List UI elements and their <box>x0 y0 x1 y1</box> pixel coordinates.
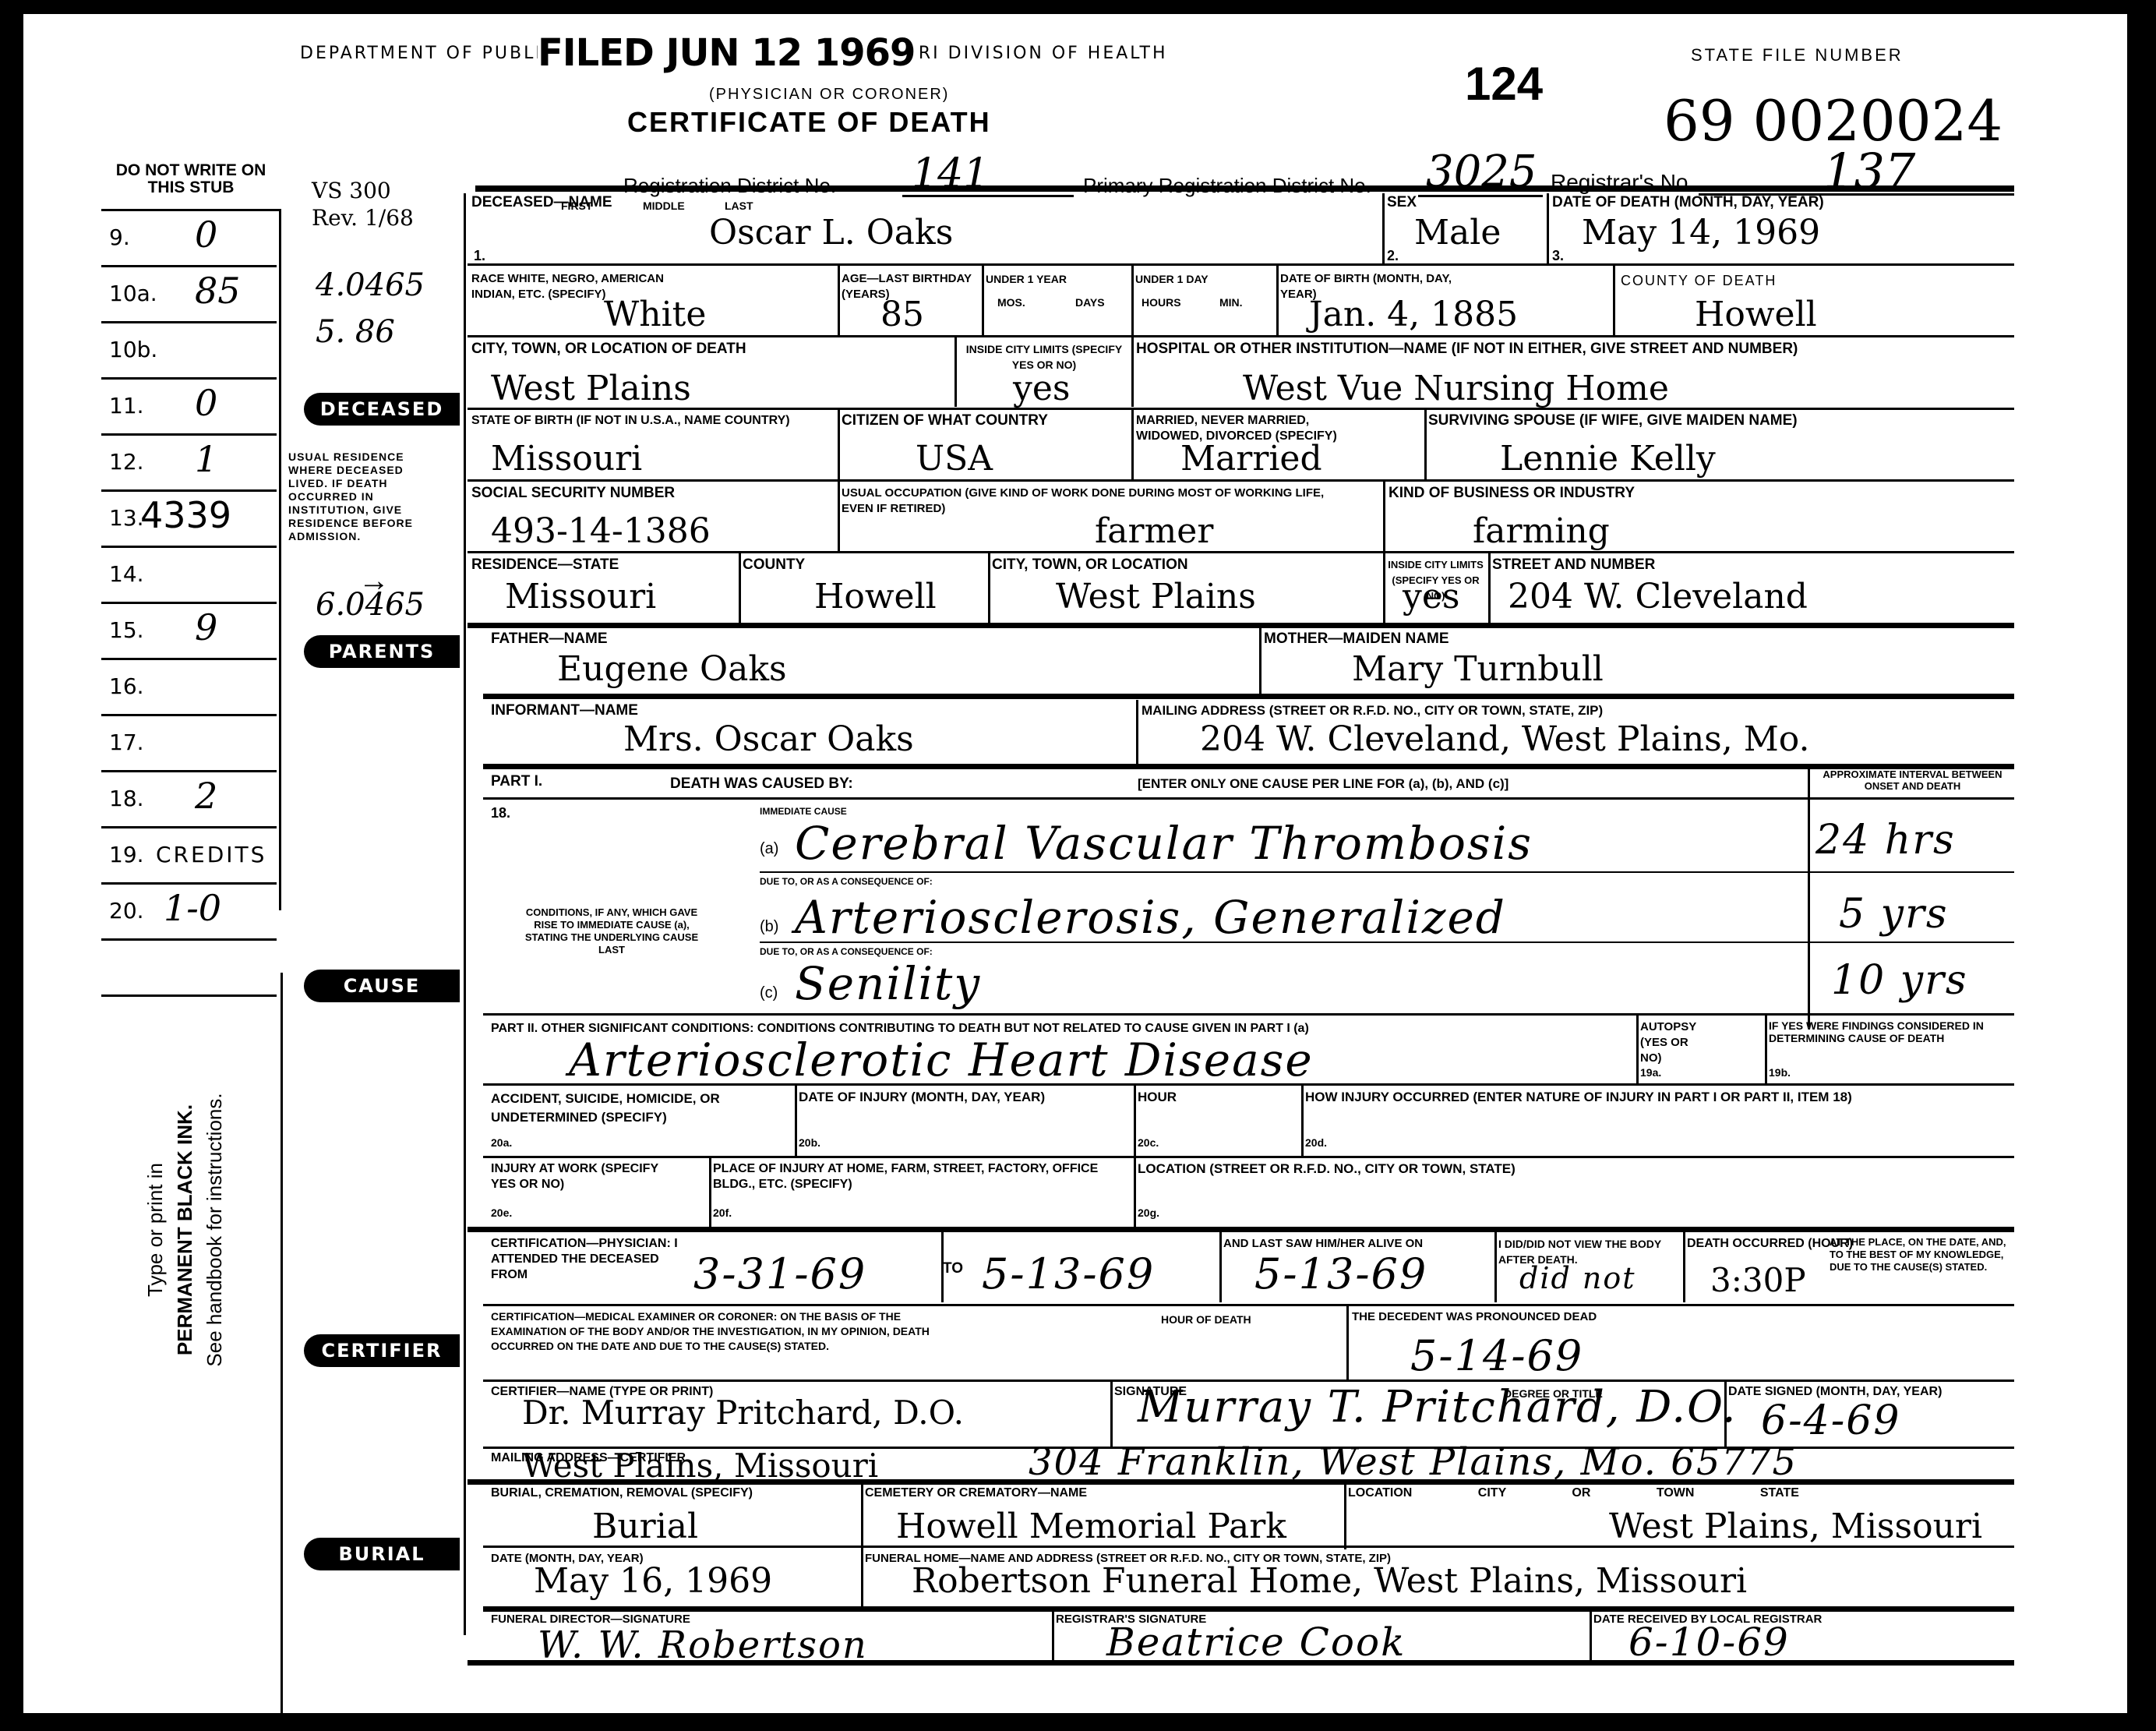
form-revision: Rev. 1/68 <box>312 205 414 231</box>
state-file-number-label: STATE FILE NUMBER <box>1691 45 1904 65</box>
business-industry: farming <box>1473 511 1610 551</box>
burial-date: May 16, 1969 <box>534 1561 772 1601</box>
mother-name: Mary Turnbull <box>1352 649 1604 689</box>
cause-b: Arteriosclerosis, Generalized <box>795 891 1506 944</box>
city-of-death: West Plains <box>491 369 691 408</box>
county-of-death: Howell <box>1695 295 1817 334</box>
section-tab-burial: BURIAL <box>304 1538 460 1570</box>
surviving-spouse: Lennie Kelly <box>1500 439 1716 479</box>
interval-b: 5 yrs <box>1839 891 1949 938</box>
stamp-number: 124 <box>1465 57 1543 111</box>
hospital: West Vue Nursing Home <box>1243 369 1669 408</box>
date-of-birth: Jan. 4, 1885 <box>1309 295 1518 334</box>
stub-row: 9.0 <box>101 210 277 267</box>
stub-row: 10a.85 <box>101 267 277 323</box>
ink-instructions: Type or print in PERMANENT BLACK INK. Se… <box>140 965 229 1495</box>
cemetery: Howell Memorial Park <box>896 1507 1286 1546</box>
conditions-note: CONDITIONS, IF ANY, WHICH GAVE RISE TO I… <box>522 906 701 956</box>
stub-row: 20.1-0 <box>101 884 277 941</box>
interval-a: 24 hrs <box>1815 817 1956 864</box>
residence-state: Missouri <box>505 577 656 616</box>
attended-from: 3-31-69 <box>693 1249 866 1298</box>
stub-row: 18.2 <box>101 772 277 828</box>
other-conditions: Arteriosclerotic Heart Disease <box>569 1033 1314 1086</box>
date-signed: 6-4-69 <box>1761 1397 1900 1444</box>
stub-row: 11.0 <box>101 379 277 436</box>
occupation: farmer <box>1095 511 1213 551</box>
margin-code-4: 4.0465 <box>316 267 425 303</box>
section-tab-deceased: DECEASED <box>304 393 460 426</box>
stub-row: 12.1 <box>101 435 277 492</box>
certifier-signature: Murray T. Pritchard, D.O. <box>1138 1382 1738 1432</box>
form-subtitle: (PHYSICIAN OR CORONER) <box>709 86 949 104</box>
ssn: 493-14-1386 <box>491 511 711 551</box>
age: 85 <box>880 295 924 334</box>
cause-a: Cerebral Vascular Thrombosis <box>795 817 1533 870</box>
attended-to: 5-13-69 <box>982 1249 1155 1298</box>
last-saw-alive: 5-13-69 <box>1254 1249 1427 1298</box>
residence-county: Howell <box>814 577 937 616</box>
stub-heading: DO NOT WRITE ON THIS STUB <box>97 162 284 196</box>
certifier-mailing-handwritten: 304 Franklin, West Plains, Mo. 65775 <box>1029 1440 1798 1484</box>
funeral-home: Robertson Funeral Home, West Plains, Mis… <box>912 1561 1747 1601</box>
deceased-name: Oscar L. Oaks <box>709 213 953 253</box>
informant-mailing-address: 204 W. Cleveland, West Plains, Mo. <box>1200 719 1809 759</box>
residence-inside-city: yes <box>1403 577 1459 616</box>
death-certificate: DEPARTMENT OF PUBLIC HEALTH AND WELFARE … <box>23 14 2127 1713</box>
page-title: CERTIFICATE OF DEATH <box>627 106 991 139</box>
section-tab-parents: PARENTS <box>304 635 460 668</box>
residence-note: USUAL RESIDENCE WHERE DECEASED LIVED. IF… <box>288 450 429 543</box>
disposition: Burial <box>592 1507 698 1546</box>
certifier-name: Dr. Murray Pritchard, D.O. <box>522 1394 964 1432</box>
inside-city-limits: yes <box>1013 369 1070 408</box>
form-id: VS 300 <box>312 178 391 203</box>
cause-c: Senility <box>795 957 981 1010</box>
stub-row: 10b. <box>101 323 277 380</box>
arrow-right-icon: → <box>358 563 390 599</box>
section-tab-certifier: CERTIFIER <box>304 1334 460 1367</box>
stub-row: 14. <box>101 547 277 604</box>
margin-code-5: 5. 86 <box>316 314 395 350</box>
viewed-body: did not <box>1519 1261 1636 1295</box>
state-of-birth: Missouri <box>491 439 642 479</box>
race: White <box>604 295 706 334</box>
date-of-death: May 14, 1969 <box>1582 213 1820 253</box>
stub-row: 17. <box>101 715 277 772</box>
informant-name: Mrs. Oscar Oaks <box>623 719 914 759</box>
residence-city: West Plains <box>1056 577 1256 616</box>
citizen: USA <box>916 439 993 479</box>
marital-status: Married <box>1180 439 1322 479</box>
residence-street: 204 W. Cleveland <box>1508 577 1808 616</box>
interval-c: 10 yrs <box>1831 957 1968 1004</box>
date-received: 6-10-69 <box>1628 1620 1790 1665</box>
father-name: Eugene Oaks <box>557 649 787 689</box>
stub-row: 15.9 <box>101 603 277 660</box>
stub-row: 13.4339 <box>101 491 277 548</box>
stub-row: 19.CREDITS <box>101 828 277 885</box>
stub-row: 16. <box>101 659 277 716</box>
burial-location: West Plains, Missouri <box>1609 1507 1982 1546</box>
registrar-signature: Beatrice Cook <box>1106 1620 1406 1665</box>
filed-stamp: FILED JUN 12 1969 <box>538 31 915 75</box>
section-tab-cause: CAUSE <box>304 970 460 1002</box>
pronounced-dead-date: 5-14-69 <box>1410 1331 1583 1380</box>
death-hour: 3:30P <box>1710 1261 1806 1299</box>
sex: Male <box>1414 213 1501 253</box>
